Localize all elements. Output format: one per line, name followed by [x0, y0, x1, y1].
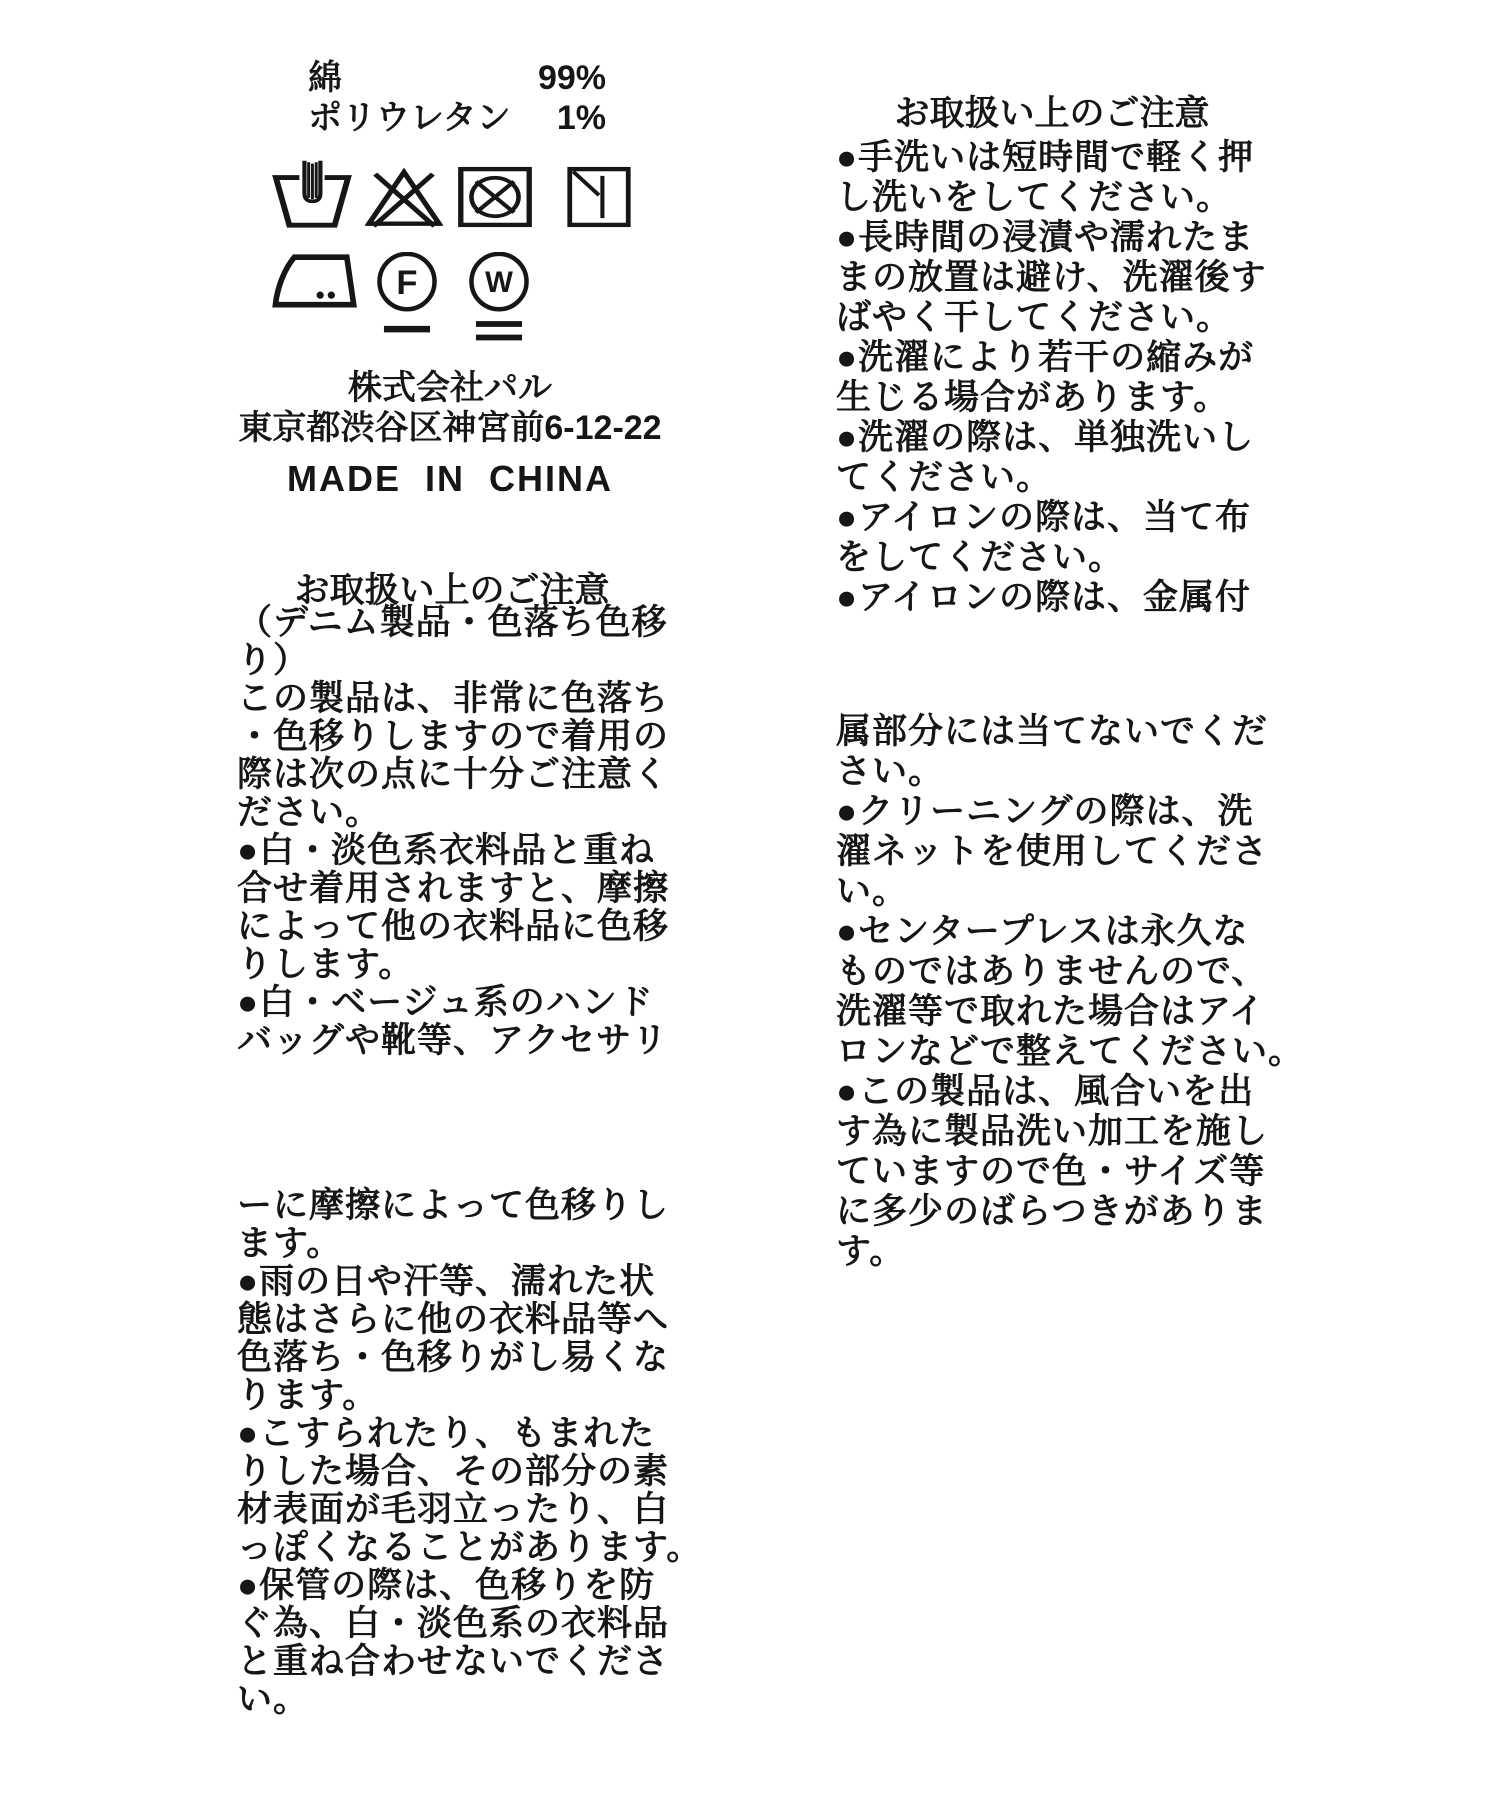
iron-medium-icon [272, 252, 358, 309]
right-column-block-2: 属部分には当てないでくだ さい。 ●クリーニングの際は、洗 濯ネットを使用してく… [836, 712, 1316, 1272]
dry-clean-letter: F [396, 264, 417, 302]
care-label-page: { "composition": { "rows": [ {"name": "綿… [0, 0, 1500, 1800]
fiber-name: ポリウレタン [308, 98, 511, 138]
company-name: 株式会社パル [150, 368, 750, 408]
wet-clean-letter: W [485, 266, 513, 299]
hand-wash-icon [270, 158, 354, 228]
shade-hang-dry-icon [565, 166, 633, 228]
left-column-block-1: （デニム製品・色落ち色移 り） この製品は、非常に色落ち ・色移りしますので着用… [237, 604, 717, 1060]
fiber-name: 綿 [308, 58, 342, 98]
do-not-bleach-icon [365, 166, 443, 228]
fiber-percent: 99% [538, 58, 606, 98]
right-column-block-1: ●手洗いは短時間で軽く押 し洗いをしてください。 ●長時間の浸漬や濡れたま まの… [836, 138, 1316, 618]
fiber-composition: 綿 99% ポリウレタン 1% [308, 58, 606, 138]
company-address: 東京都渋谷区神宮前6-12-22 [150, 408, 750, 448]
country-of-origin: MADE IN CHINA [150, 458, 750, 500]
composition-row: 綿 99% [308, 58, 606, 98]
left-column-block-2: ーに摩擦によって色移りし ます。 ●雨の日や汗等、濡れた状 態はさらに他の衣料品… [237, 1187, 717, 1719]
dry-clean-F-icon: F [375, 252, 439, 342]
composition-row: ポリウレタン 1% [308, 98, 606, 138]
fiber-percent: 1% [557, 98, 606, 138]
right-column-heading: お取扱い上のご注意 [836, 86, 1268, 136]
wet-clean-W-icon: W [467, 252, 531, 342]
company-info: 株式会社パル 東京都渋谷区神宮前6-12-22 [150, 368, 750, 448]
care-symbols-row-2: F W [272, 252, 531, 342]
care-symbols-row-1 [270, 158, 633, 228]
do-not-tumble-dry-icon [457, 166, 533, 228]
